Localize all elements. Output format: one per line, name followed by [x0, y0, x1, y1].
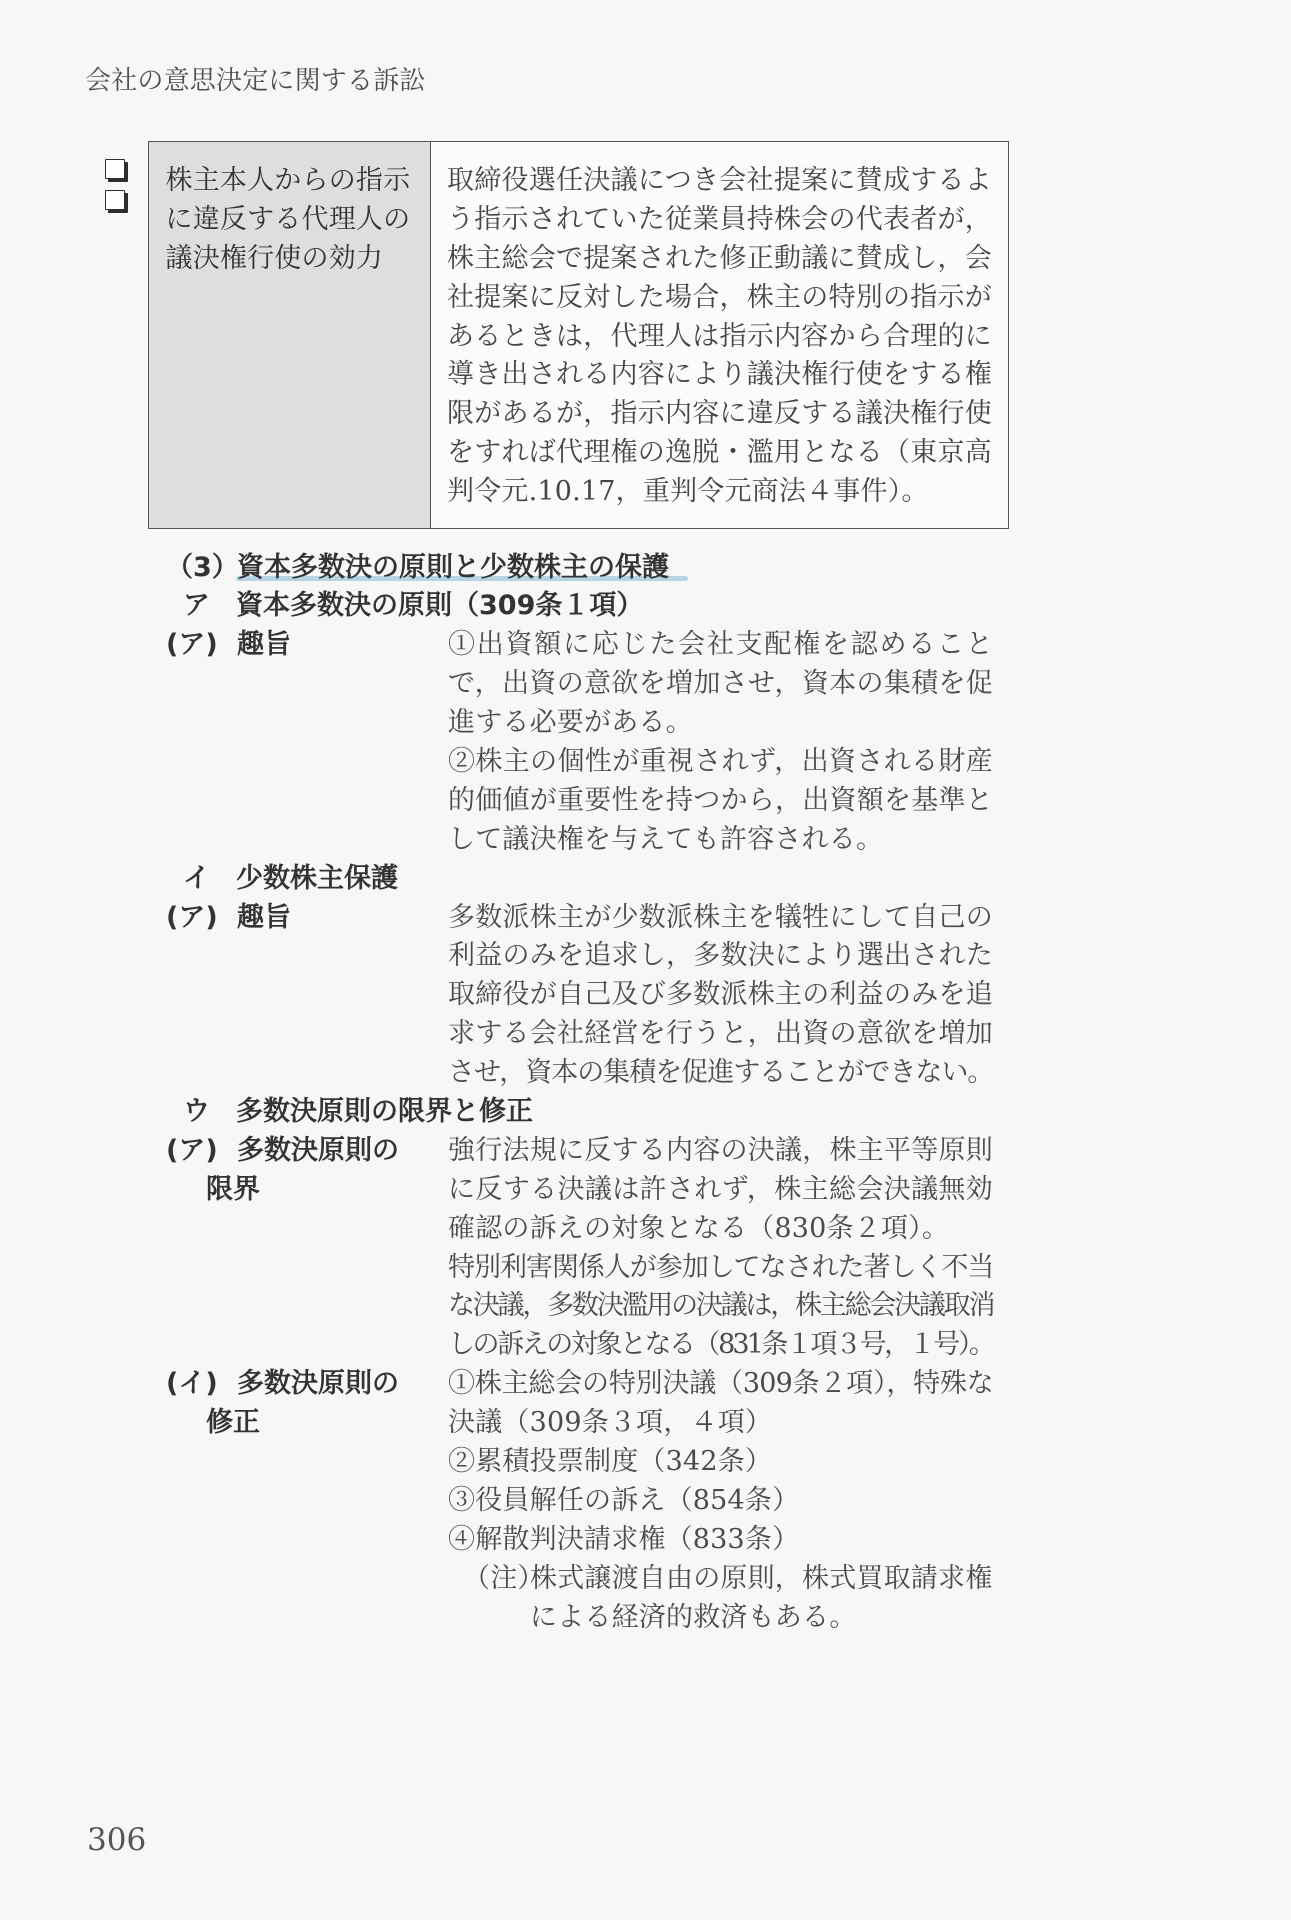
summary-line: 導き出される内容により議決権行使をする権 [447, 356, 992, 395]
subsection-heading: ア資本多数決の原則（309条１項） [0, 587, 1291, 626]
page-number: 306 [87, 1820, 146, 1860]
item-marker: (ア) [166, 1132, 237, 1171]
item-label-text: 趣旨 [237, 629, 291, 660]
item-label: (ア)趣旨 [0, 626, 448, 859]
item-row: (イ)多数決原則の 修正 ①株主総会の特別決議（309条２項），特殊な 決議（3… [0, 1365, 1291, 1637]
subsection-marker: ア [183, 587, 236, 626]
note-text: による経済的救済もある。 [448, 1599, 1075, 1638]
text-line: ①出資額に応じた会社支配権を認めること [448, 626, 993, 665]
item-label-text: 多数決原則の [237, 1135, 399, 1166]
item-label: (イ)多数決原則の 修正 [0, 1365, 448, 1637]
summary-line: をすれば代理権の逸脱・濫用となる（東京高 [447, 434, 992, 473]
item-marker: (イ) [166, 1365, 237, 1404]
summary-line: あるときは，代理人は指示内容から合理的に [447, 318, 992, 357]
item-text: ①出資額に応じた会社支配権を認めること で，出資の意欲を増加させ，資本の集積を促… [448, 626, 993, 859]
text-line: 的価値が重要性を持つから，出資額を基準と [448, 782, 993, 821]
text-line: させ，資本の集積を促進することができない。 [448, 1054, 993, 1093]
table-topic-cell: 株主本人からの指示 に違反する代理人の 議決権行使の効力 [149, 142, 431, 528]
item-row: (ア)多数決原則の 限界 強行法規に反する内容の決議，株主平等原則 に反する決議… [0, 1132, 1291, 1365]
checkbox-icon [105, 190, 125, 210]
summary-line: 限があるが，指示内容に違反する議決権行使 [447, 395, 992, 434]
subsection-heading: ウ多数決原則の限界と修正 [0, 1093, 1291, 1132]
text-line: 多数派株主が少数派株主を犠牲にして自己の [448, 899, 993, 938]
text-line: ②累積投票制度（342条） [448, 1443, 993, 1482]
item-text: 強行法規に反する内容の決議，株主平等原則 に反する決議は許されず，株主総会決議無… [448, 1132, 993, 1365]
text-line: 取締役が自己及び多数派株主の利益のみを追 [448, 976, 993, 1015]
item-text: 多数派株主が少数派株主を犠牲にして自己の 利益のみを追求し，多数決により選出され… [448, 899, 993, 1093]
text-line: 進する必要がある。 [448, 704, 993, 743]
running-header-title: 会社の意思決定に関する訴訟 [85, 62, 426, 100]
section-marker: （3） [166, 549, 237, 588]
text-line: で，出資の意欲を増加させ，資本の集積を促 [448, 665, 993, 704]
summary-table: 株主本人からの指示 に違反する代理人の 議決権行使の効力 取締役選任決議につき会… [148, 141, 1009, 529]
summary-line: 取締役選任決議につき会社提案に賛成するよ [447, 162, 992, 201]
text-line: ③役員解任の訴え（854条） [448, 1482, 993, 1521]
text-line: 特別利害関係人が参加してなされた著しく不当 [448, 1249, 993, 1288]
text-line: 利益のみを追求し，多数決により選出された [448, 937, 993, 976]
subsection-marker: ウ [183, 1093, 236, 1132]
item-label-text: 多数決原則の [237, 1368, 399, 1399]
text-line: に反する決議は許されず，株主総会決議無効 [448, 1171, 993, 1210]
section-heading: （3）資本多数決の原則と少数株主の保護 [0, 549, 1291, 588]
item-text: ①株主総会の特別決議（309条２項），特殊な 決議（309条３項，４項） ②累積… [448, 1365, 993, 1637]
item-label-text: 限界 [166, 1171, 448, 1210]
note-line: （注）株式譲渡自由の原則，株式買取請求権 [448, 1560, 993, 1599]
item-label-text: 修正 [166, 1404, 448, 1443]
text-line: 確認の訴えの対象となる（830条２項）。 [448, 1210, 993, 1249]
topic-line: に違反する代理人の [166, 201, 431, 240]
note-marker: （注） [448, 1560, 530, 1599]
section-body: （3）資本多数決の原則と少数株主の保護 ア資本多数決の原則（309条１項） (ア… [0, 549, 1291, 1638]
text-line: ②株主の個性が重視されず，出資される財産 [448, 743, 993, 782]
text-line: 求する会社経営を行うと，出資の意欲を増加 [448, 1015, 993, 1054]
subsection-heading: イ少数株主保護 [0, 860, 1291, 899]
item-row: (ア)趣旨 多数派株主が少数派株主を犠牲にして自己の 利益のみを追求し，多数決に… [0, 899, 1291, 1093]
text-line: しの訴えの対象となる（831条１項３号，１号）。 [448, 1326, 993, 1365]
text-line: して議決権を与えても許容される。 [448, 821, 993, 860]
checkbox-icon [105, 159, 125, 179]
text-line: ④解散判決請求権（833条） [448, 1521, 993, 1560]
note-text: 株式譲渡自由の原則，株式買取請求権 [530, 1560, 992, 1599]
summary-line: う指示されていた従業員持株会の代表者が， [447, 201, 992, 240]
item-label-text: 趣旨 [237, 902, 291, 933]
text-line: な決議，多数決濫用の決議は，株主総会決議取消 [448, 1287, 993, 1326]
text-line: 決議（309条３項，４項） [448, 1404, 993, 1443]
summary-line: 株主総会で提案された修正動議に賛成し，会 [447, 240, 992, 279]
text-line: 強行法規に反する内容の決議，株主平等原則 [448, 1132, 993, 1171]
subsection-marker: イ [183, 860, 236, 899]
subsection-title: 資本多数決の原則（309条１項） [236, 590, 643, 621]
summary-line: 判令元.10.17，重判令元商法４事件）。 [447, 473, 992, 512]
text-line: ①株主総会の特別決議（309条２項），特殊な [448, 1365, 993, 1404]
item-row: (ア)趣旨 ①出資額に応じた会社支配権を認めること で，出資の意欲を増加させ，資… [0, 626, 1291, 859]
table-summary-cell: 取締役選任決議につき会社提案に賛成するよ う指示されていた従業員持株会の代表者が… [431, 142, 1008, 528]
topic-line: 株主本人からの指示 [166, 162, 431, 201]
subsection-title: 多数決原則の限界と修正 [236, 1096, 533, 1127]
item-marker: (ア) [166, 899, 237, 938]
item-label: (ア)趣旨 [0, 899, 448, 1093]
topic-line: 議決権行使の効力 [166, 240, 431, 279]
section-title: 資本多数決の原則と少数株主の保護 [237, 552, 669, 583]
item-marker: (ア) [166, 626, 237, 665]
summary-line: 社提案に反対した場合，株主の特別の指示が [447, 279, 992, 318]
item-label: (ア)多数決原則の 限界 [0, 1132, 448, 1365]
subsection-title: 少数株主保護 [236, 863, 398, 894]
